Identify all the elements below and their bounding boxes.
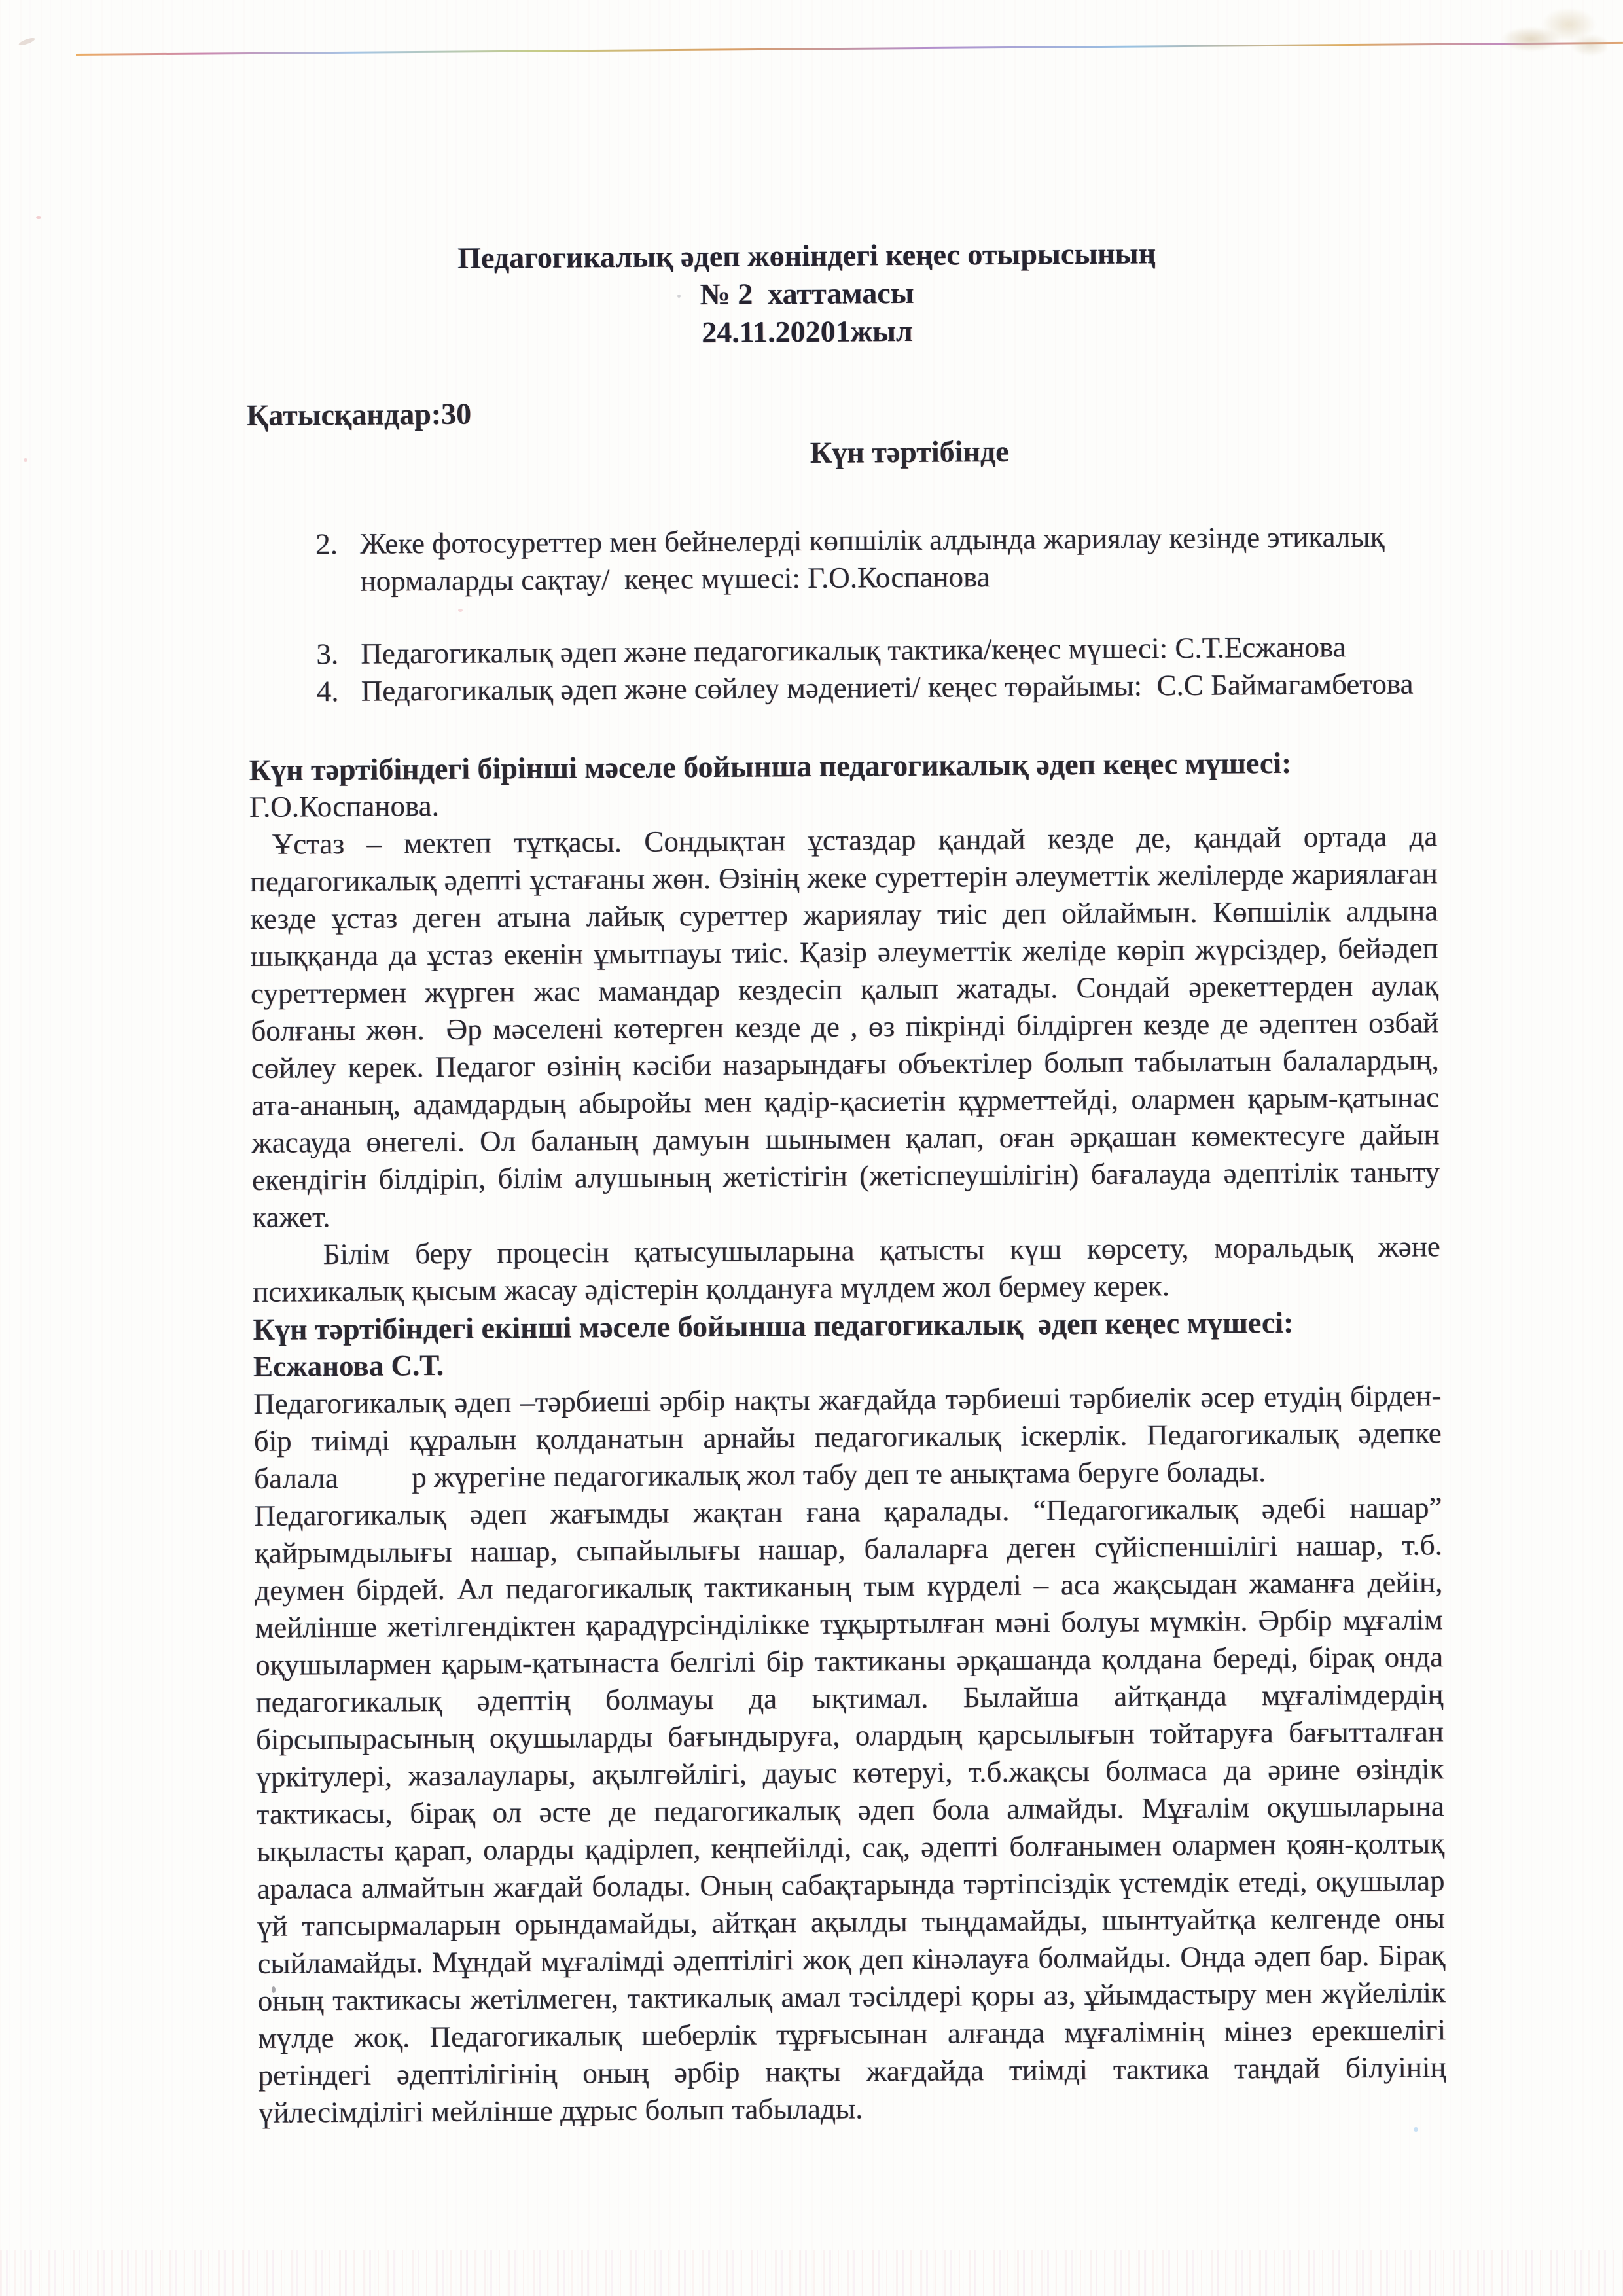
participants-count: Қатысқандар:30 [247, 388, 1435, 434]
scan-speck [18, 37, 36, 46]
agenda-list: 2. Жеке фотосуреттер мен бейнелерді көпш… [247, 518, 1436, 711]
agenda-item: 4. Педагогикалық әдеп және сөйлеу мәдени… [317, 665, 1436, 710]
agenda-item-number: 2. [315, 526, 360, 563]
scan-speck [1414, 2127, 1418, 2132]
agenda-item-text: Педагогикалық әдеп және сөйлеу мәдениеті… [361, 665, 1436, 709]
section1-paragraph-1: Ұстаз – мектеп тұтқасы. Сондықтан ұстазд… [249, 817, 1440, 1236]
title-line-3: 24.11.20201жыл [246, 309, 1368, 355]
document-title: Педагогикалық әдеп жөніндегі кеңес отыры… [245, 233, 1368, 355]
scan-smudge [1499, 4, 1607, 63]
section2-paragraph-2: Педагогикалық әдеп жағымды жақтан ғана қ… [254, 1489, 1446, 2132]
scan-speck [24, 458, 27, 462]
agenda-item-number: 4. [317, 673, 361, 710]
section2-paragraph-1: Педагогикалық әдеп –тәрбиеші әрбір нақты… [253, 1377, 1442, 1498]
scan-artifact-line [76, 42, 1623, 56]
agenda-item-text: Жеке фотосуреттер мен бейнелерді көпшілі… [360, 518, 1436, 600]
agenda-heading: Күн тәртібінде [384, 429, 1435, 474]
section1-paragraph-2: Білім беру процесін қатысушыларына қатыс… [253, 1228, 1441, 1311]
agenda-item-number: 3. [316, 636, 361, 673]
scan-noise-band [0, 2250, 1623, 2296]
scan-speck [36, 216, 41, 219]
agenda-item: 2. Жеке фотосуреттер мен бейнелерді көпш… [315, 518, 1436, 600]
scanned-document: Педагогикалық әдеп жөніндегі кеңес отыры… [245, 232, 1446, 2132]
